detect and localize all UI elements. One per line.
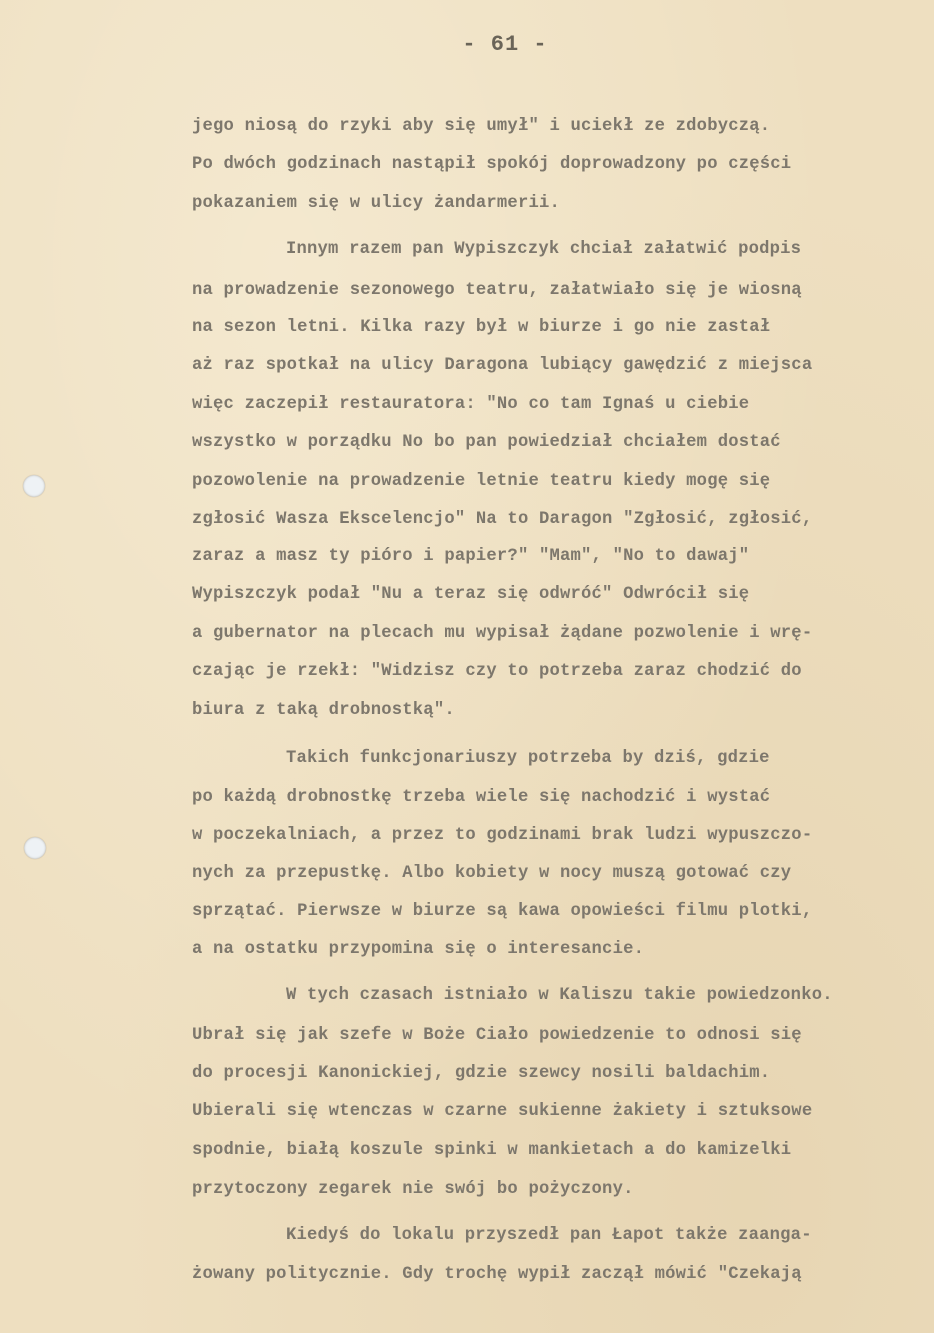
text-line: zaraz a masz ty pióro i papier?" "Mam", … (192, 547, 749, 567)
text-line: żowany politycznie. Gdy trochę wypił zac… (192, 1265, 802, 1285)
text-line: W tych czasach istniało w Kaliszu takie … (286, 986, 833, 1006)
text-line: w poczekalniach, a przez to godzinami br… (192, 826, 812, 846)
text-line: Ubierali się wtenczas w czarne sukienne … (192, 1102, 812, 1122)
text-line: na prowadzenie sezonowego teatru, załatw… (192, 281, 802, 301)
text-line: Ubrał się jak szefe w Boże Ciało powiedz… (192, 1026, 802, 1046)
punch-hole-upper (23, 475, 45, 497)
text-line: aż raz spotkał na ulicy Daragona lubiący… (192, 356, 812, 376)
text-line: do procesji Kanonickiej, gdzie szewcy no… (192, 1064, 770, 1084)
text-line: jego niosą do rzyki aby się umył" i ucie… (192, 117, 770, 137)
text-line: Kiedyś do lokalu przyszedł pan Łapot tak… (286, 1226, 812, 1246)
text-line: spodnie, białą koszule spinki w mankieta… (192, 1141, 791, 1161)
typewritten-page: - 61 - jego niosą do rzyki aby się umył"… (0, 0, 934, 1333)
text-line: zgłosić Wasza Ekscelencjo" Na to Daragon… (192, 510, 812, 530)
text-line: przytoczony zegarek nie swój bo pożyczon… (192, 1180, 634, 1200)
text-line: Wypiszczyk podał "Nu a teraz się odwróć"… (192, 585, 749, 605)
text-line: na sezon letni. Kilka razy był w biurze … (192, 318, 770, 338)
page-number: - 61 - (0, 32, 934, 57)
text-line: Innym razem pan Wypiszczyk chciał załatw… (286, 240, 801, 260)
text-line: a na ostatku przypomina się o interesanc… (192, 940, 644, 960)
text-line: Takich funkcjonariuszy potrzeba by dziś,… (286, 749, 770, 769)
text-line: po każdą drobnostkę trzeba wiele się nac… (192, 788, 770, 808)
text-line: sprzątać. Pierwsze w biurze są kawa opow… (192, 902, 812, 922)
text-line: więc zaczepił restauratora: "No co tam I… (192, 395, 749, 415)
text-line: biura z taką drobnostką". (192, 701, 455, 721)
text-line: nych za przepustkę. Albo kobiety w nocy … (192, 864, 791, 884)
punch-hole-lower (24, 837, 46, 859)
text-line: pokazaniem się w ulicy żandarmerii. (192, 194, 560, 214)
text-line: a gubernator na plecach mu wypisał żądan… (192, 624, 812, 644)
text-line: pozowolenie na prowadzenie letnie teatru… (192, 472, 770, 492)
text-line: Po dwóch godzinach nastąpił spokój dopro… (192, 155, 791, 175)
text-line: czając je rzekł: "Widzisz czy to potrzeb… (192, 662, 802, 682)
text-line: wszystko w porządku No bo pan powiedział… (192, 433, 781, 453)
